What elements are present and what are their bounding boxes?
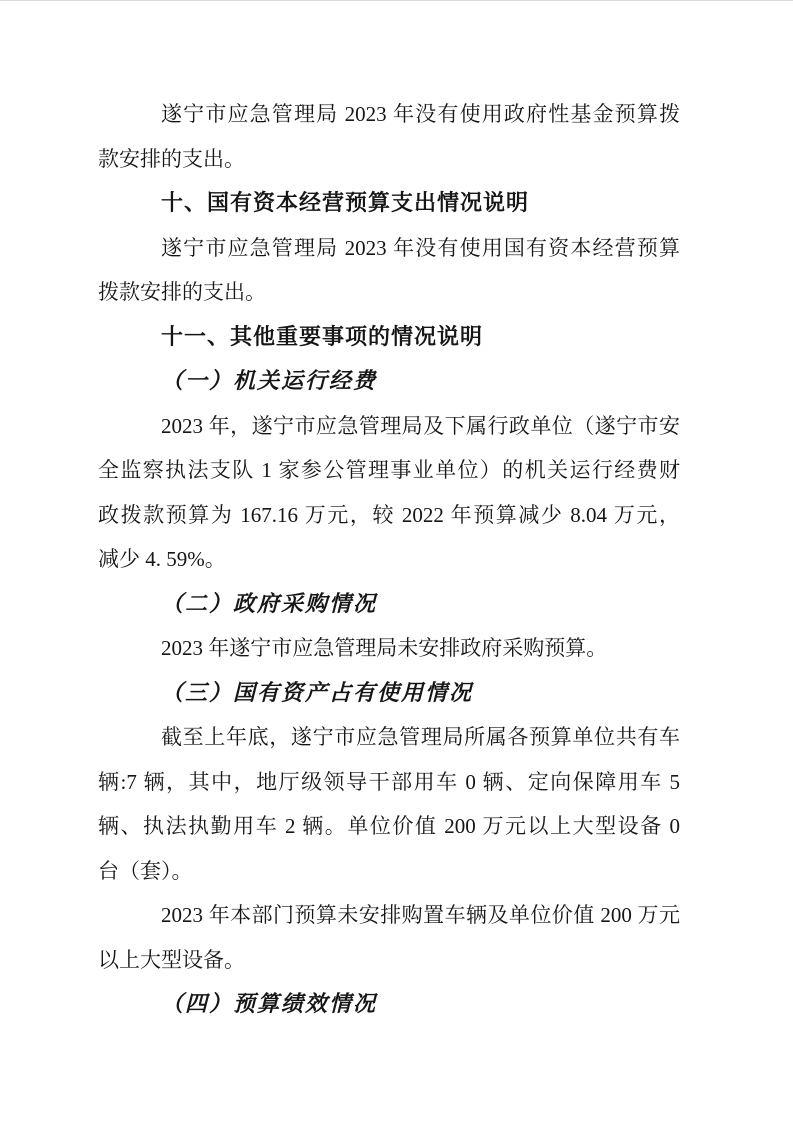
para-operating-funds-line-3: 政拨款预算为 167.16 万元，较 2022 年预算减少 8.04 万元，	[98, 493, 680, 538]
para-state-assets-line-4: 台（套）。	[98, 849, 680, 894]
heading-section-10: 十、国有资本经营预算支出情况说明	[98, 181, 680, 226]
subheading-operating-funds: （一）机关运行经费	[98, 359, 680, 404]
para-no-purchase-line-1: 2023 年本部门预算未安排购置车辆及单位价值 200 万元	[98, 893, 680, 938]
para-state-capital-line-2: 拨款安排的支出。	[98, 270, 680, 315]
para-no-purchase-line-2: 以上大型设备。	[98, 938, 680, 983]
para-gov-fund-line-2: 款安排的支出。	[98, 137, 680, 182]
para-state-assets-line-2: 辆:7 辆，其中，地厅级领导干部用车 0 辆、定向保障用车 5	[98, 760, 680, 805]
para-state-capital-line-1: 遂宁市应急管理局 2023 年没有使用国有资本经营预算	[98, 226, 680, 271]
para-procurement-line-1: 2023 年遂宁市应急管理局未安排政府采购预算。	[98, 626, 680, 671]
subheading-procurement: （二）政府采购情况	[98, 582, 680, 627]
subheading-budget-performance: （四）预算绩效情况	[98, 982, 680, 1027]
para-operating-funds-line-4: 减少 4. 59%。	[98, 537, 680, 582]
document-page: 遂宁市应急管理局 2023 年没有使用政府性基金预算拨 款安排的支出。 十、国有…	[0, 0, 793, 1122]
subheading-state-assets: （三）国有资产占有使用情况	[98, 671, 680, 716]
heading-section-11: 十一、其他重要事项的情况说明	[98, 315, 680, 360]
para-state-assets-line-3: 辆、执法执勤用车 2 辆。单位价值 200 万元以上大型设备 0	[98, 804, 680, 849]
para-operating-funds-line-2: 全监察执法支队 1 家参公管理事业单位）的机关运行经费财	[98, 448, 680, 493]
para-operating-funds-line-1: 2023 年，遂宁市应急管理局及下属行政单位（遂宁市安	[98, 404, 680, 449]
document-body: 遂宁市应急管理局 2023 年没有使用政府性基金预算拨 款安排的支出。 十、国有…	[98, 92, 680, 1027]
para-gov-fund-line-1: 遂宁市应急管理局 2023 年没有使用政府性基金预算拨	[98, 92, 680, 137]
para-state-assets-line-1: 截至上年底，遂宁市应急管理局所属各预算单位共有车	[98, 715, 680, 760]
